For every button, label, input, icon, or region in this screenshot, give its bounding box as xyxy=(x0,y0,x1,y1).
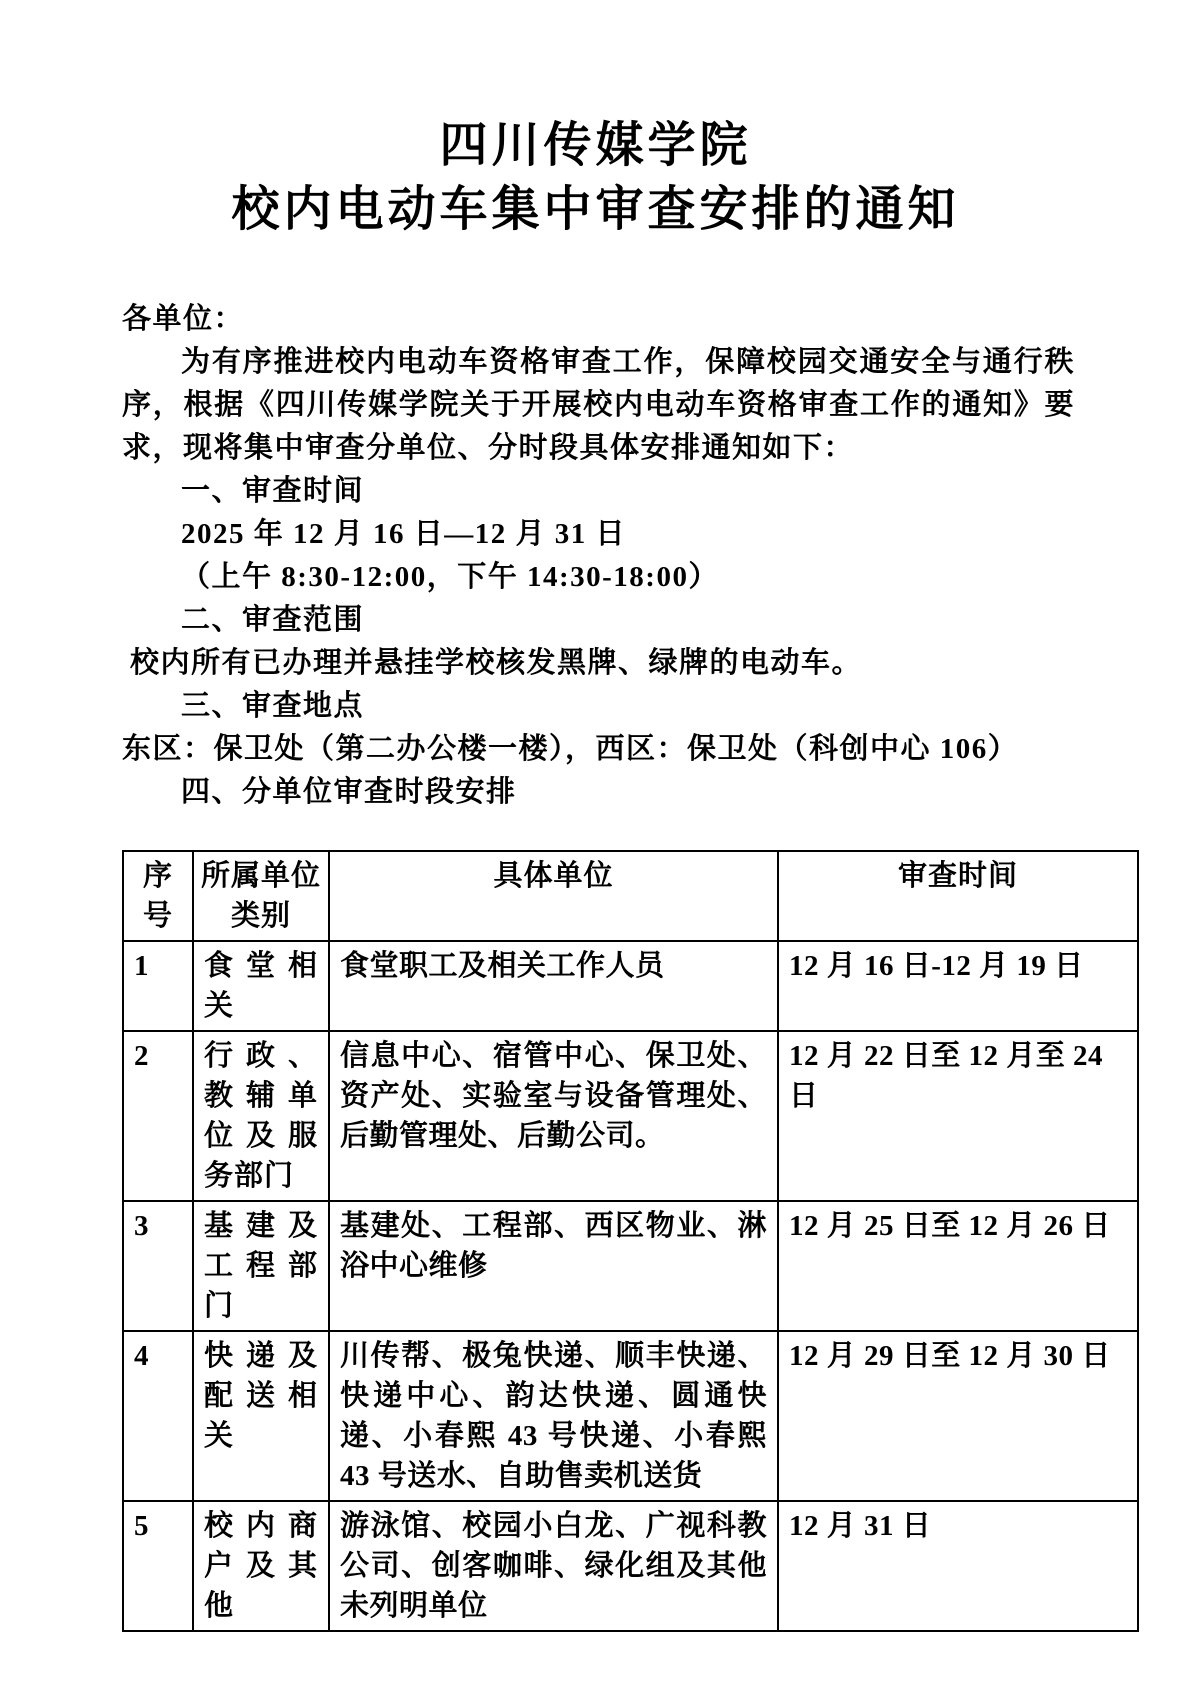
document-title-block: 四川传媒学院 校内电动车集中审查安排的通知 xyxy=(0,0,1191,242)
review-daily-hours: （上午 8:30-12:00，下午 14:30-18:00） xyxy=(122,556,1075,599)
row-time: 12 月 31 日 xyxy=(778,1501,1138,1631)
table-row: 5 校内商户及其他 游泳馆、校园小白龙、广视科教公司、创客咖啡、绿化组及其他未列… xyxy=(123,1501,1138,1631)
row-category: 食堂相关 xyxy=(193,941,329,1031)
row-units: 游泳馆、校园小白龙、广视科教公司、创客咖啡、绿化组及其他未列明单位 xyxy=(329,1501,778,1631)
row-category: 行政、教辅单位及服务部门 xyxy=(193,1031,329,1201)
row-seq: 2 xyxy=(123,1031,193,1201)
row-time: 12 月 22 日至 12 月至 24 日 xyxy=(778,1031,1138,1201)
table-header-row: 序号 所属单位类别 具体单位 审查时间 xyxy=(123,851,1138,941)
row-category: 快递及配送相关 xyxy=(193,1331,329,1501)
row-seq: 5 xyxy=(123,1501,193,1631)
row-units: 信息中心、宿管中心、保卫处、资产处、实验室与设备管理处、后勤管理处、后勤公司。 xyxy=(329,1031,778,1201)
section-heading-review-scope: 二、审查范围 xyxy=(122,599,1075,642)
row-time: 12 月 29 日至 12 月 30 日 xyxy=(778,1331,1138,1501)
section-heading-review-time: 一、审查时间 xyxy=(122,470,1075,513)
table-row: 3 基建及工程部门 基建处、工程部、西区物业、淋浴中心维修 12 月 25 日至… xyxy=(123,1201,1138,1331)
notice-document-page: 四川传媒学院 校内电动车集中审查安排的通知 各单位： 为有序推进校内电动车资格审… xyxy=(0,0,1191,1684)
row-category: 校内商户及其他 xyxy=(193,1501,329,1631)
row-time: 12 月 16 日-12 月 19 日 xyxy=(778,941,1138,1031)
header-category: 所属单位类别 xyxy=(193,851,329,941)
header-time: 审查时间 xyxy=(778,851,1138,941)
notice-body: 各单位： 为有序推进校内电动车资格审查工作，保障校园交通安全与通行秩序，根据《四… xyxy=(122,298,1075,814)
row-units: 川传帮、极兔快递、顺丰快递、快递中心、韵达快递、圆通快递、小春熙 43 号快递、… xyxy=(329,1331,778,1501)
table-row: 1 食堂相关 食堂职工及相关工作人员 12 月 16 日-12 月 19 日 xyxy=(123,941,1138,1031)
row-units: 食堂职工及相关工作人员 xyxy=(329,941,778,1031)
row-units: 基建处、工程部、西区物业、淋浴中心维修 xyxy=(329,1201,778,1331)
row-seq: 3 xyxy=(123,1201,193,1331)
row-seq: 4 xyxy=(123,1331,193,1501)
intro-paragraph: 为有序推进校内电动车资格审查工作，保障校园交通安全与通行秩序，根据《四川传媒学院… xyxy=(122,341,1075,470)
row-time: 12 月 25 日至 12 月 26 日 xyxy=(778,1201,1138,1331)
table-row: 4 快递及配送相关 川传帮、极兔快递、顺丰快递、快递中心、韵达快递、圆通快递、小… xyxy=(123,1331,1138,1501)
header-units: 具体单位 xyxy=(329,851,778,941)
section-heading-review-location: 三、审查地点 xyxy=(122,685,1075,728)
schedule-table: 序号 所属单位类别 具体单位 审查时间 1 食堂相关 食堂职工及相关工作人员 1… xyxy=(122,850,1139,1632)
salutation: 各单位： xyxy=(122,298,1075,341)
header-seq: 序号 xyxy=(123,851,193,941)
section-heading-schedule: 四、分单位审查时段安排 xyxy=(122,771,1075,814)
review-location-text: 东区：保卫处（第二办公楼一楼），西区：保卫处（科创中心 106） xyxy=(122,728,1075,771)
row-seq: 1 xyxy=(123,941,193,1031)
review-date-range: 2025 年 12 月 16 日—12 月 31 日 xyxy=(122,513,1075,556)
document-title-line1: 四川传媒学院 xyxy=(0,114,1191,178)
document-title-line2: 校内电动车集中审查安排的通知 xyxy=(0,178,1191,242)
row-category: 基建及工程部门 xyxy=(193,1201,329,1331)
review-scope-text: 校内所有已办理并悬挂学校核发黑牌、绿牌的电动车。 xyxy=(122,642,1075,685)
table-row: 2 行政、教辅单位及服务部门 信息中心、宿管中心、保卫处、资产处、实验室与设备管… xyxy=(123,1031,1138,1201)
